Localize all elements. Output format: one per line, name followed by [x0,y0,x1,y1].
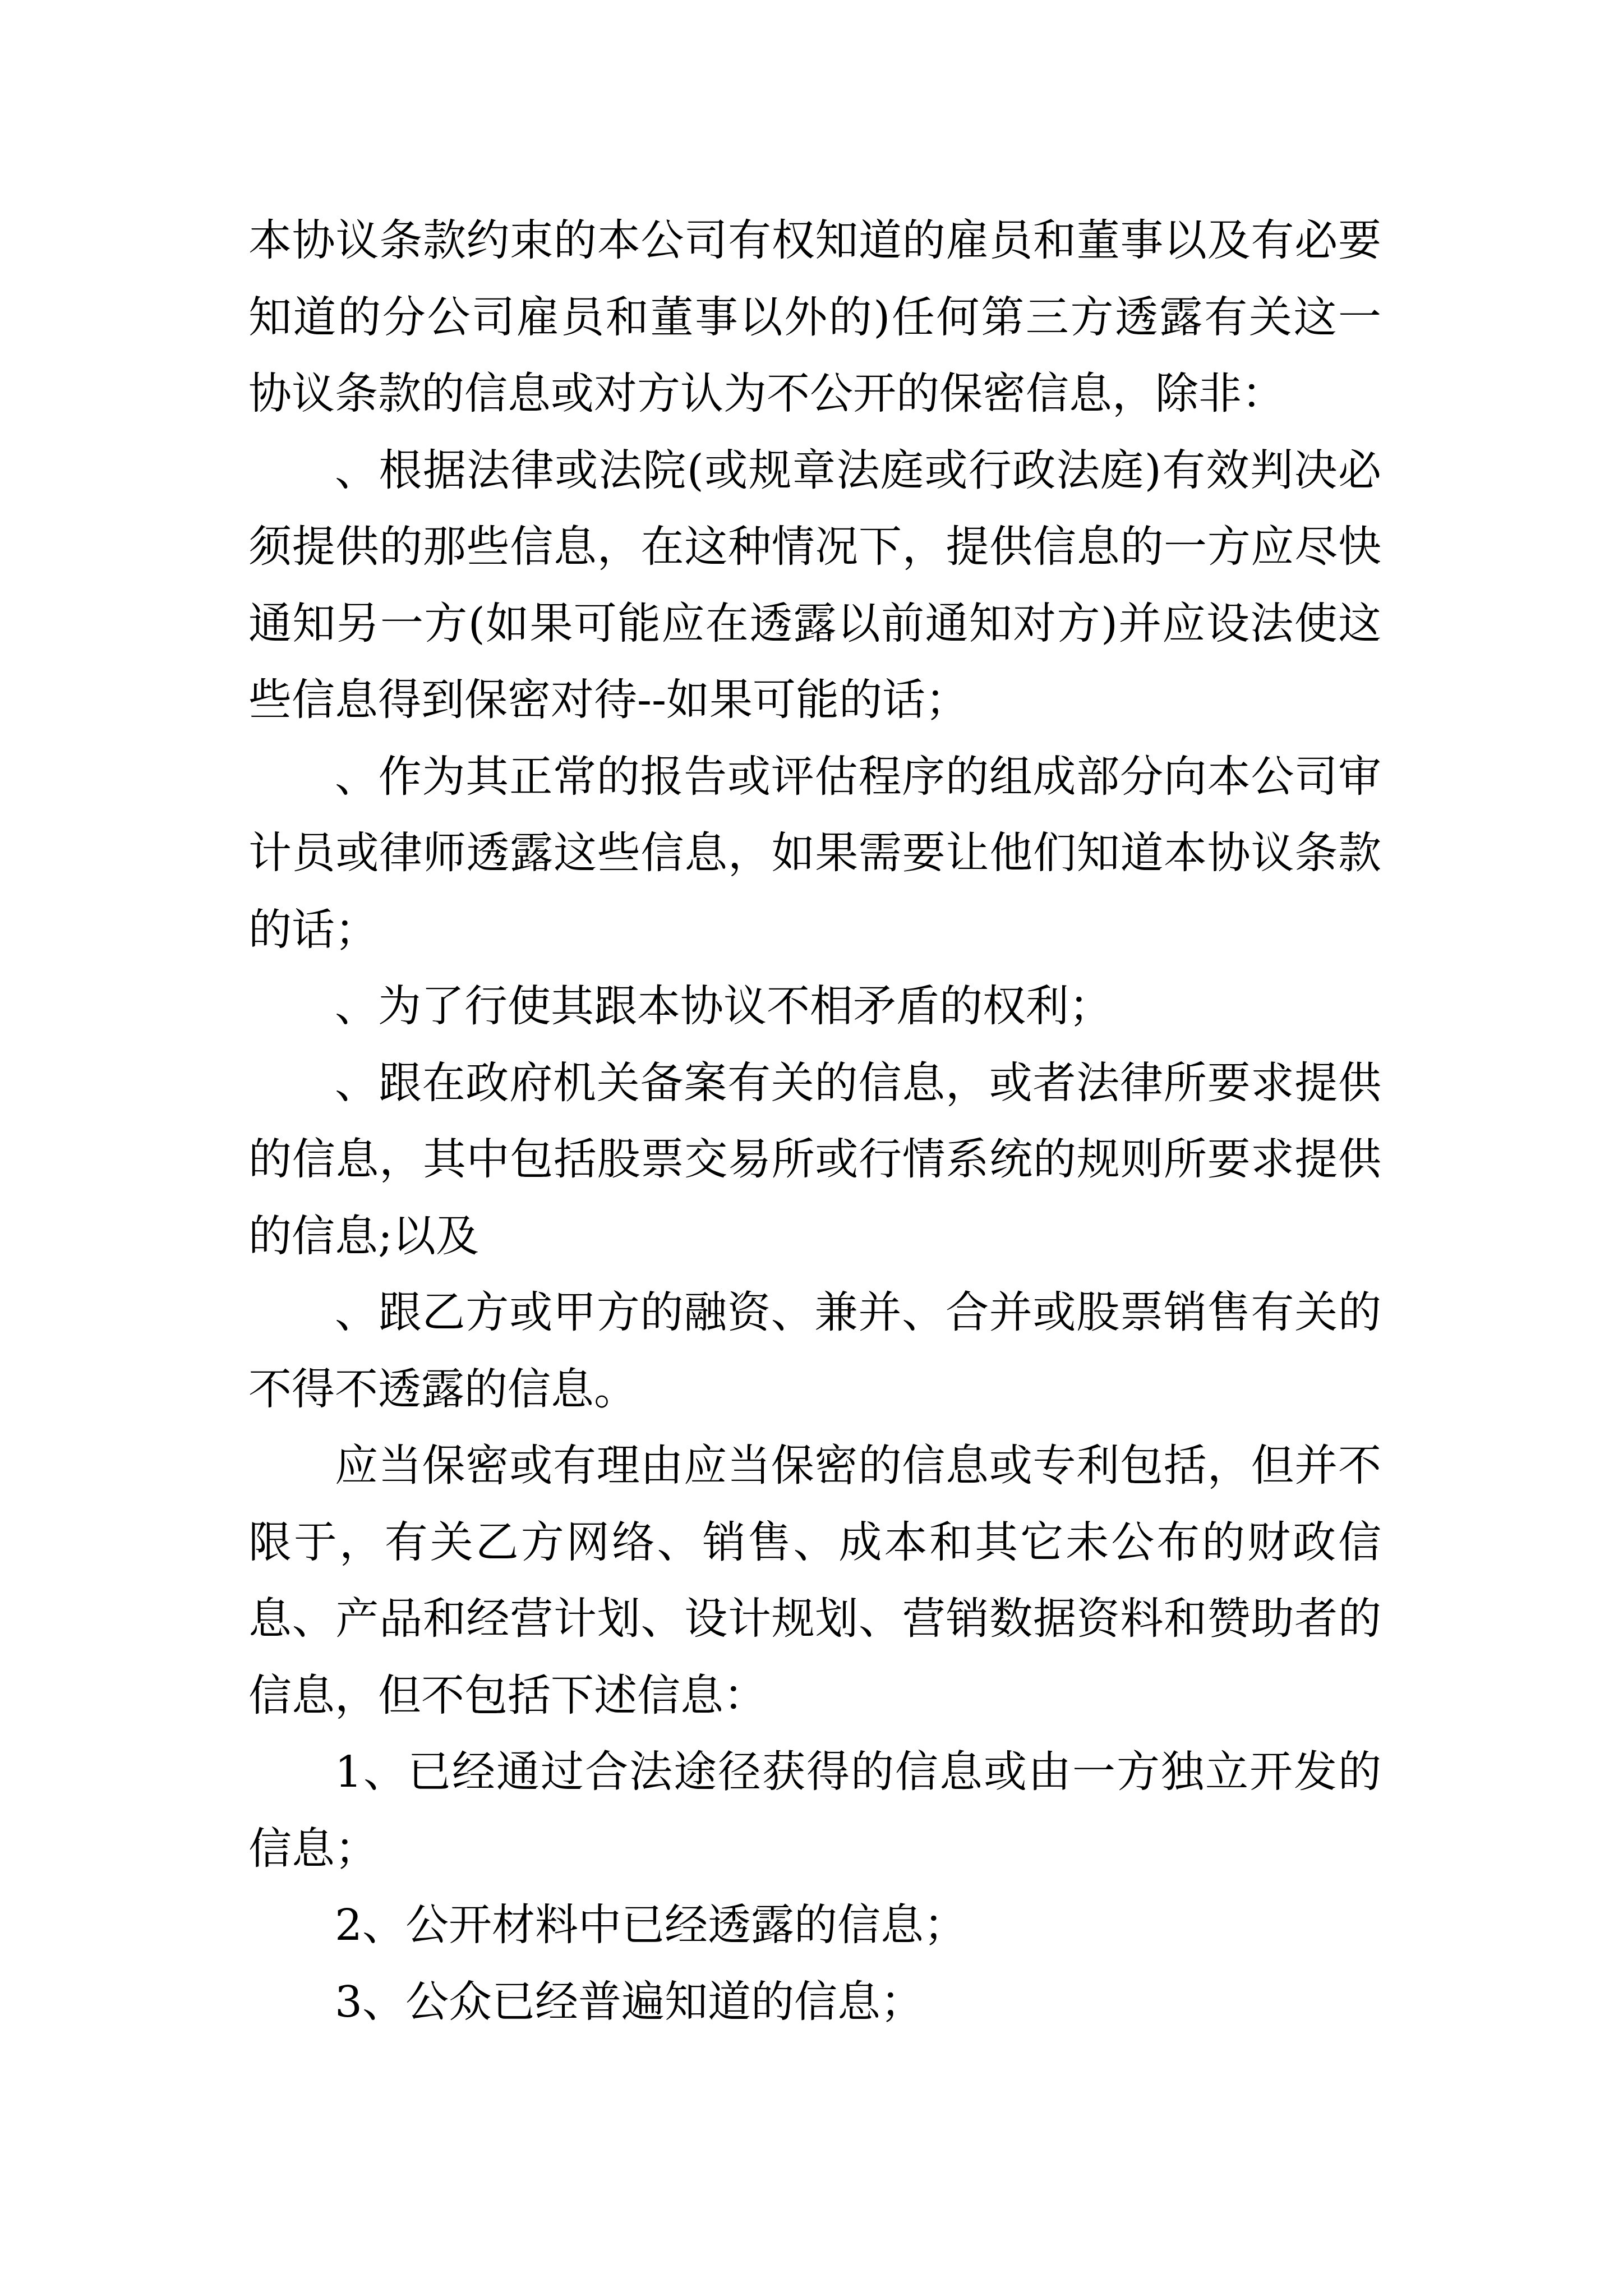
paragraph-exception-financing: 、跟乙方或甲方的融资、兼并、合并或股票销售有关的不得不透露的信息。 [248,1275,1381,1428]
document-page: 本协议条款约束的本公司有权知道的雇员和董事以及有必要知道的分公司雇员和董事以外的… [248,203,1381,2041]
paragraph-exception-rights: 、为了行使其跟本协议不相矛盾的权利； [248,969,1381,1046]
paragraph-exception-auditors: 、作为其正常的报告或评估程序的组成部分向本公司审计员或律师透露这些信息，如果需要… [248,739,1381,969]
paragraph-exception-government-filing: 、跟在政府机关备案有关的信息，或者法律所要求提供的信息，其中包括股票交易所或行情… [248,1046,1381,1276]
paragraph-exception-court-order: 、根据法律或法院(或规章法庭或行政法庭)有效判决必须提供的那些信息，在这种情况下… [248,433,1381,739]
paragraph-confidential-info-definition: 应当保密或有理由应当保密的信息或专利包括，但并不限于，有关乙方网络、销售、成本和… [248,1428,1381,1734]
paragraph-confidentiality-intro: 本协议条款约束的本公司有权知道的雇员和董事以及有必要知道的分公司雇员和董事以外的… [248,203,1381,433]
list-item-1: 1、已经通过合法途径获得的信息或由一方独立开发的信息； [248,1734,1381,1888]
list-item-3: 3、公众已经普遍知道的信息； [248,1964,1381,2041]
list-item-2: 2、公开材料中已经透露的信息； [248,1888,1381,1964]
